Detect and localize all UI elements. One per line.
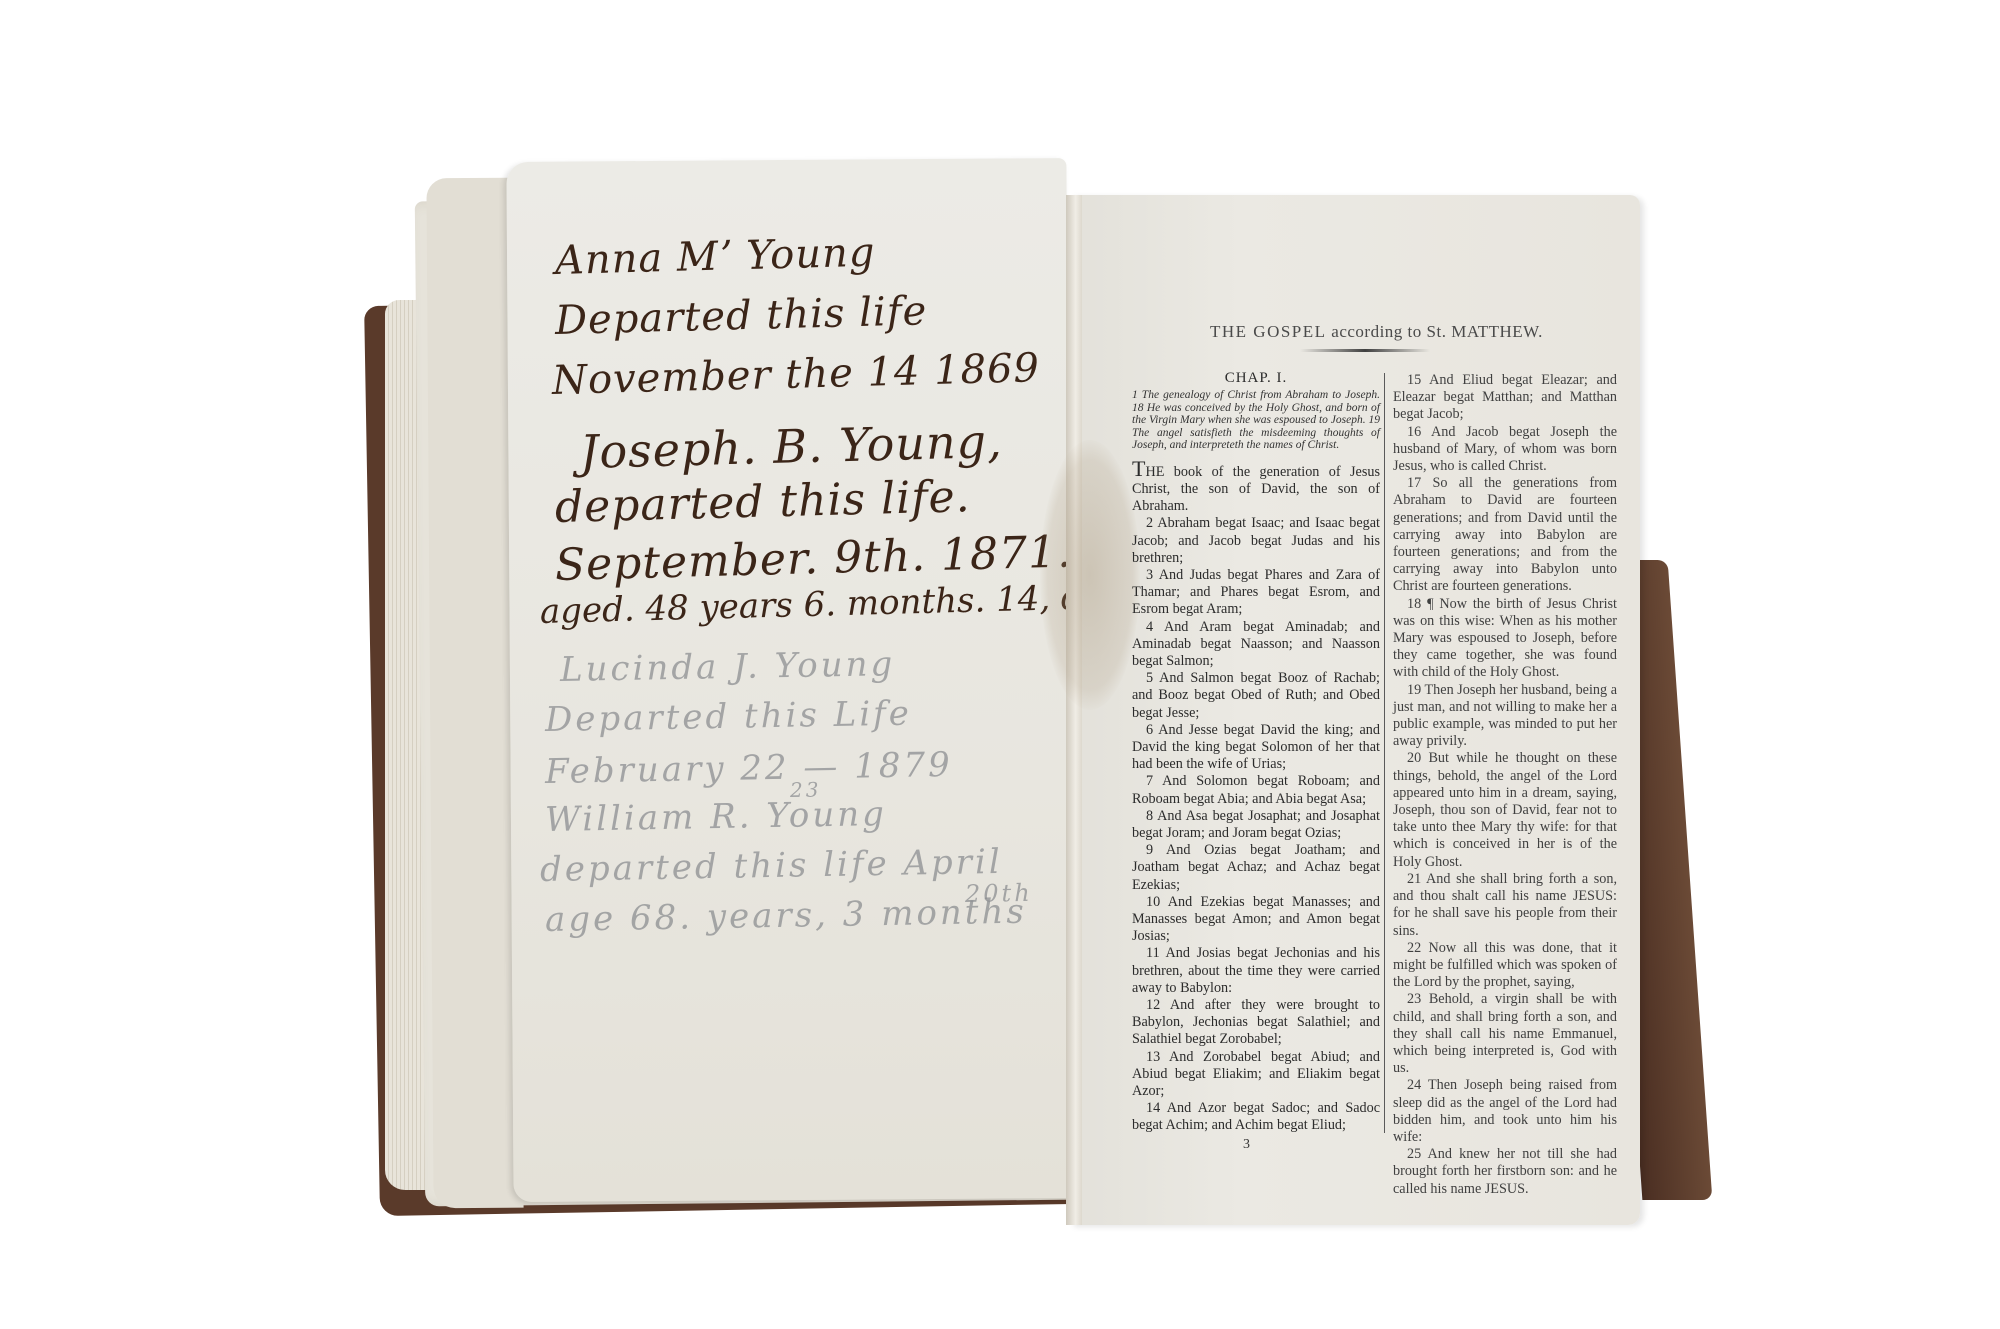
- pencil-line: William R. Young: [545, 794, 888, 840]
- running-head-title: THE GOSPEL: [1210, 322, 1327, 341]
- verse: 17 So all the generations from Abraham t…: [1393, 475, 1617, 595]
- handwritten-line: departed this life.: [554, 471, 971, 533]
- verse: 4 And Aram begat Aminadab; and Aminadab …: [1132, 619, 1380, 671]
- header-ornament-rule: [1300, 349, 1430, 352]
- running-head: THE GOSPEL according to St. MATTHEW.: [1210, 322, 1543, 342]
- handwritten-line: Anna Mʼ Young: [554, 230, 876, 284]
- verse: 8 And Asa begat Josaphat; and Josaphat b…: [1132, 808, 1380, 842]
- drop-cap: T: [1132, 456, 1145, 481]
- verse: 14 And Azor begat Sadoc; and Sadoc begat…: [1132, 1100, 1380, 1134]
- pencil-line: departed this life April: [540, 842, 1003, 890]
- verse: 13 And Zorobabel begat Abiud; and Abiud …: [1132, 1049, 1380, 1101]
- verse: 12 And after they were brought to Babylo…: [1132, 997, 1380, 1049]
- verse: 7 And Solomon begat Roboam; and Roboam b…: [1132, 773, 1380, 807]
- handwritten-line: Joseph. B. Young,: [579, 414, 1003, 479]
- column-divider: [1384, 373, 1385, 1133]
- verse: 18 ¶ Now the birth of Jesus Christ was o…: [1393, 596, 1617, 682]
- book-gutter: [1066, 195, 1082, 1225]
- small-caps: HE: [1145, 464, 1164, 480]
- verse: 22 Now all this was done, that it might …: [1393, 940, 1617, 992]
- verse: 5 And Salmon begat Booz of Rachab; and B…: [1132, 670, 1380, 722]
- handwritten-line: Departed this life: [554, 288, 927, 344]
- text-column-right: 15 And Eliud begat Eleazar; and Eleazar …: [1393, 372, 1617, 1198]
- verse: 6 And Jesse begat David the king; and Da…: [1132, 722, 1380, 774]
- verse: 10 And Ezekias begat Manasses; and Manas…: [1132, 894, 1380, 946]
- chapter-heading: CHAP. I.: [1132, 370, 1380, 387]
- pencil-line: age 68. years, 3 months: [545, 892, 1027, 940]
- verse: 20 But while he thought on these things,…: [1393, 750, 1617, 870]
- verse: 23 Behold, a virgin shall be with child,…: [1393, 991, 1617, 1077]
- chapter-summary: 1 The genealogy of Christ from Abraham t…: [1132, 389, 1380, 452]
- verse: 2 Abraham begat Isaac; and Isaac begat J…: [1132, 515, 1380, 567]
- pencil-line: Departed this Life: [545, 694, 913, 740]
- verse: 9 And Ozias begat Joatham; and Joatham b…: [1132, 842, 1380, 894]
- pencil-line: February 22 — 1879: [545, 745, 953, 792]
- pencil-line: Lucinda J. Young: [560, 644, 896, 690]
- verse-text: book of the generation of Jesus Christ, …: [1132, 464, 1380, 514]
- verse: 15 And Eliud begat Eleazar; and Eleazar …: [1393, 372, 1617, 424]
- verse: 16 And Jacob begat Joseph the husband of…: [1393, 424, 1617, 476]
- verse: 24 Then Joseph being raised from sleep d…: [1393, 1077, 1617, 1146]
- water-stain: [1040, 440, 1140, 710]
- verse-1: THE book of the generation of Jesus Chri…: [1132, 460, 1380, 516]
- verse: 19 Then Joseph her husband, being a just…: [1393, 682, 1617, 751]
- verse: 11 And Josias begat Jechonias and his br…: [1132, 945, 1380, 997]
- verse: 25 And knew her not till she had brought…: [1393, 1146, 1617, 1198]
- verse: 21 And she shall bring forth a son, and …: [1393, 871, 1617, 940]
- page-number: 3: [1243, 1137, 1250, 1153]
- running-head-subtitle: according to St. MATTHEW.: [1331, 322, 1543, 341]
- text-column-left: CHAP. I. 1 The genealogy of Christ from …: [1132, 370, 1380, 1135]
- verse: 3 And Judas begat Phares and Zara of Tha…: [1132, 567, 1380, 619]
- open-bible-photo: The p have offeri 9 ye h natic 10 store …: [0, 0, 2000, 1329]
